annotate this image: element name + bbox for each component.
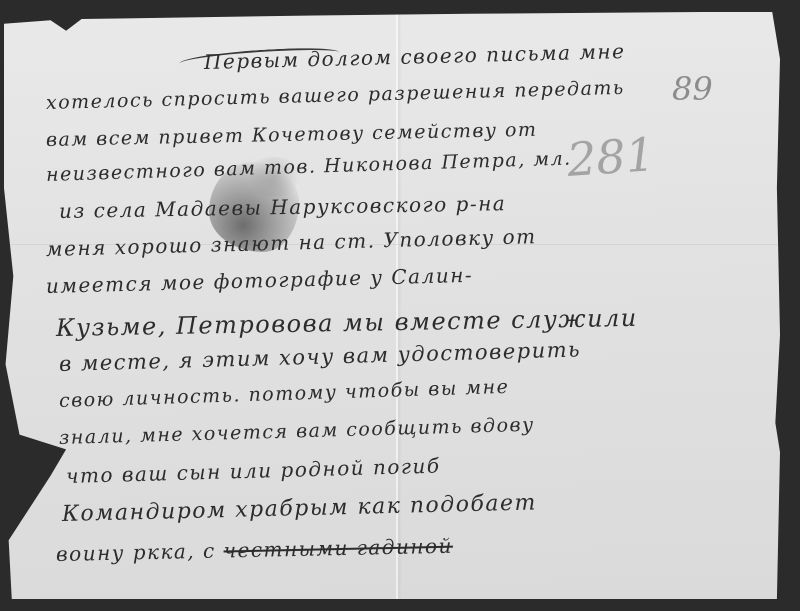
letter-line-14-text: воину ркка, с xyxy=(56,539,216,566)
letter-line-4: неизвестного вам тов. Никонова Петра, мл… xyxy=(46,147,572,186)
letter-line-9: в месте, я этим хочу вам удостоверить xyxy=(59,337,582,376)
struck-through-text: честными гадиной xyxy=(223,534,453,563)
archive-inventory-number: 281 xyxy=(565,127,656,187)
letter-line-11: знали, мне хочется вам сообщить вдову xyxy=(59,414,535,449)
letter-line-2: хотелось спросить вашего разрешения пере… xyxy=(46,77,625,114)
letter-line-3: вам всем привет Кочетову семейству от xyxy=(46,119,538,151)
letter-line-8: Кузьме, Петровова мы вместе служили xyxy=(56,304,638,342)
letter-line-10: свою личность. потому чтобы вы мне xyxy=(59,376,510,412)
scanned-document: 89 281 Первым долгом своего письма мне х… xyxy=(0,0,800,611)
letter-line-6: меня хорошо знают на ст. Уполовку от xyxy=(46,224,537,261)
letter-line-5: из села Мадаевы Наруксовского р-на xyxy=(59,191,507,223)
letter-line-7: имеется мое фотографие у Салин- xyxy=(46,263,474,298)
letter-line-1: Первым долгом своего письма мне xyxy=(204,39,626,74)
archive-page-number: 89 xyxy=(672,70,713,108)
paper-sheet: 89 281 Первым долгом своего письма мне х… xyxy=(4,12,780,599)
letter-line-12: что ваш сын или родной погиб xyxy=(66,454,441,488)
letter-line-13: Командиром храбрым как подобает xyxy=(62,490,537,527)
letter-line-14: воину ркка, с честными гадиной xyxy=(56,534,453,566)
